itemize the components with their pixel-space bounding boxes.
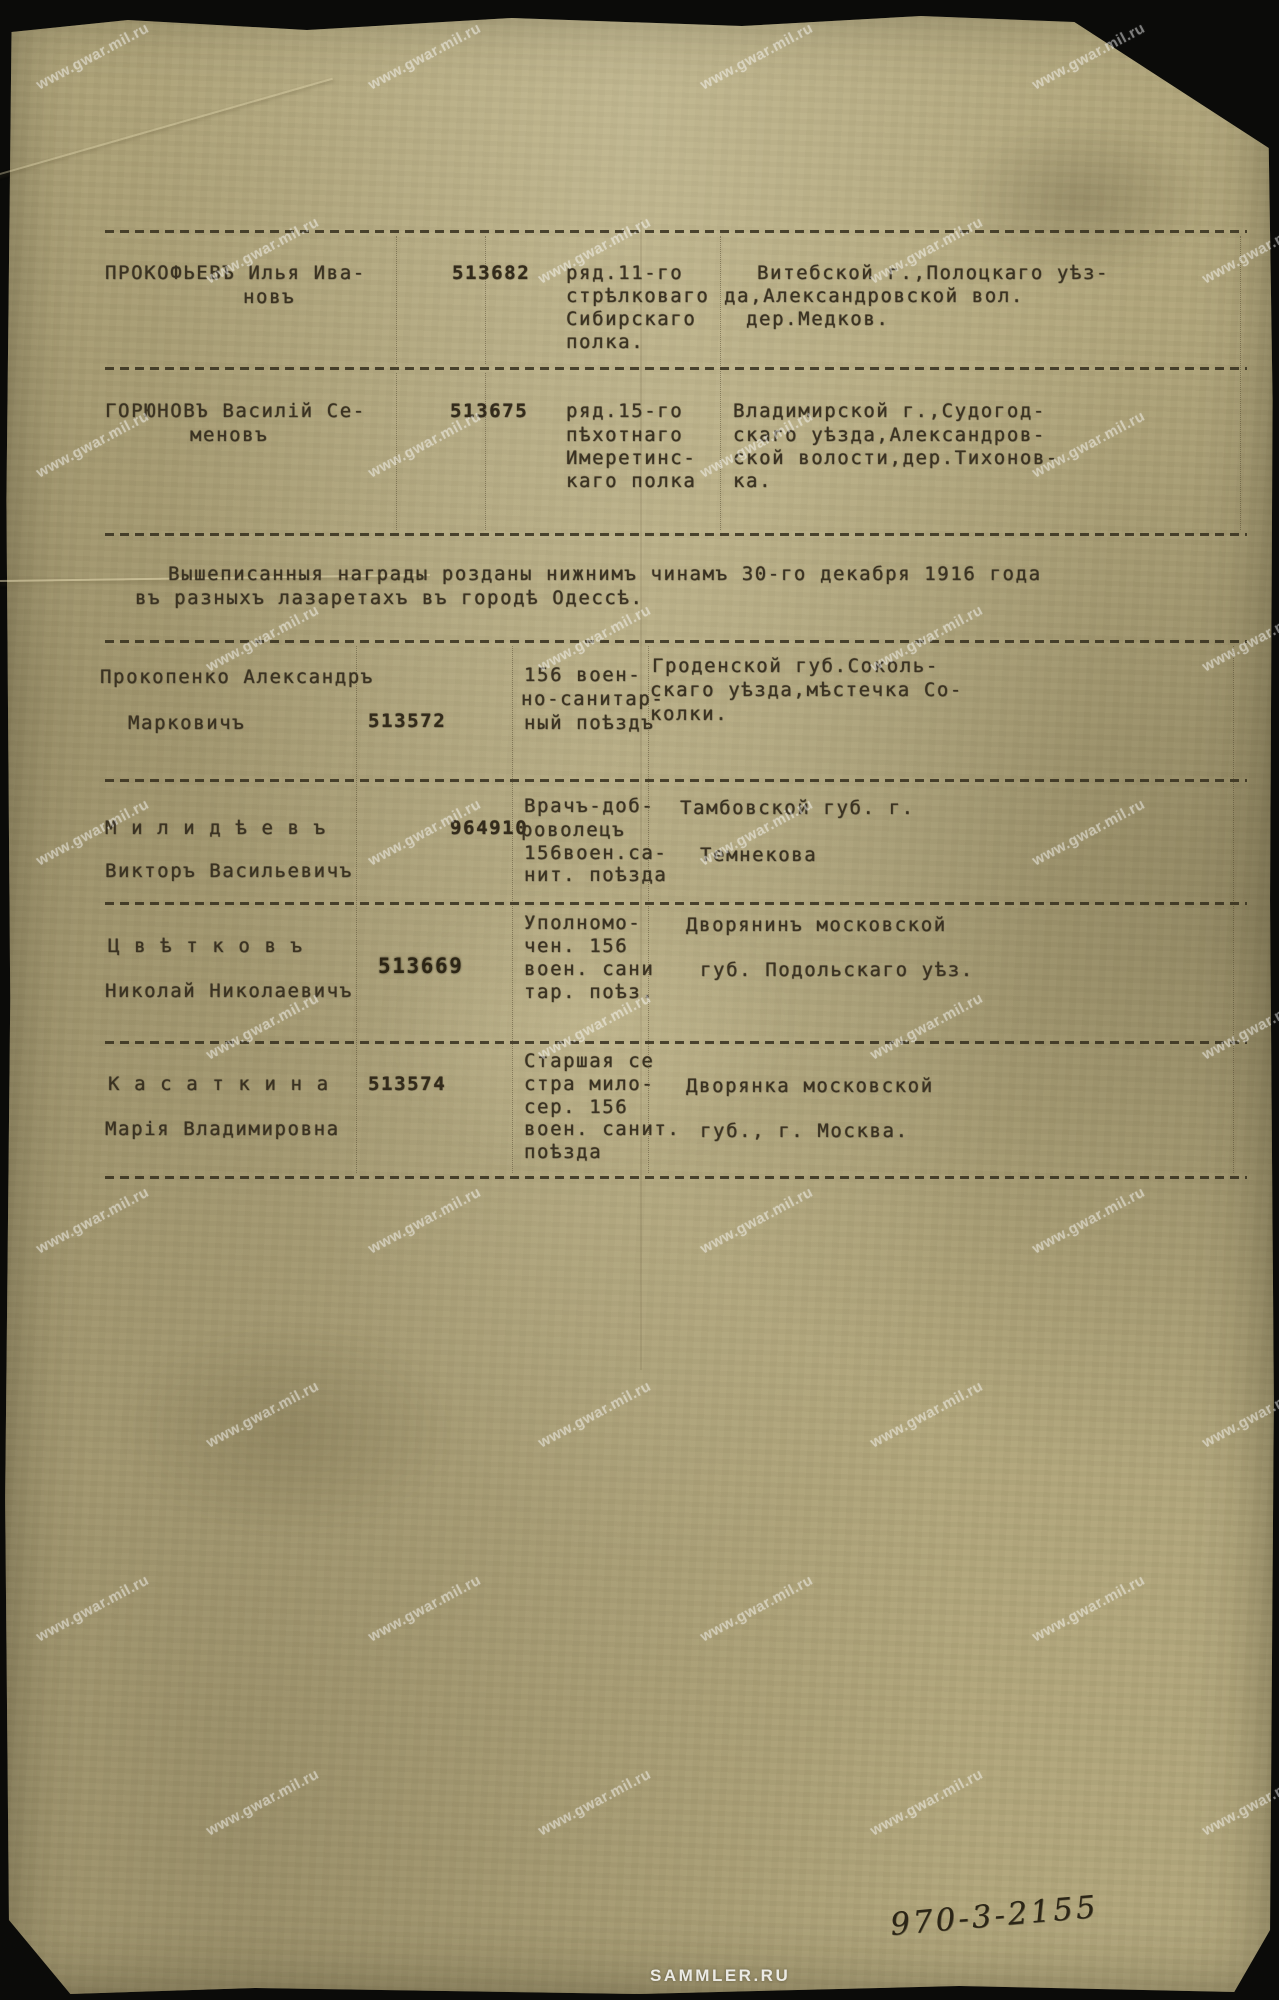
address-line: Гроденской губ.Соколь- [652, 655, 939, 678]
dashed-divider [105, 902, 1247, 905]
address-line: Тамбовской губ. г. [680, 797, 915, 820]
unit-line: ный поѣздъ [524, 712, 654, 735]
unit-line: сер. 156 [524, 1096, 628, 1119]
award-number: 513572 [368, 710, 446, 733]
sammler-watermark: SAMMLER.RU [650, 1966, 790, 1986]
dashed-divider [105, 533, 1247, 536]
column-rule [485, 373, 486, 530]
dashed-divider [105, 367, 1247, 370]
award-number: 964910 [450, 817, 528, 840]
unit-line: воен. сани [524, 958, 654, 981]
distribution-note-line: въ разныхъ лазаретахъ въ городѣ Одессѣ. [135, 587, 644, 610]
address-line: Дворянка московской [686, 1075, 934, 1098]
unit-line: Врачъ-доб- [524, 795, 654, 818]
unit-line: полка. [566, 331, 644, 354]
address-line: Дворянинъ московской [686, 914, 947, 937]
address-line: Владимирской г.,Судогод- [733, 400, 1046, 423]
column-rule [396, 373, 397, 530]
address-line: скаго уѣзда,мѣстечка Со- [650, 679, 963, 702]
column-rule [512, 646, 513, 1173]
recipient-name: Марія Владимировна [105, 1118, 340, 1141]
dashed-divider [105, 1041, 1247, 1044]
column-rule [1240, 236, 1241, 530]
award-number: 513682 [452, 262, 530, 285]
unit-line: роволецъ [521, 819, 625, 842]
unit-line: поѣзда [524, 1141, 602, 1164]
dashed-divider [105, 779, 1247, 782]
recipient-name: Викторъ Васильевичъ [105, 860, 353, 883]
address-line: губ. Подольскаго уѣз. [700, 959, 974, 982]
unit-line: чен. 156 [524, 935, 628, 958]
unit-line: 156воен.са- [524, 842, 667, 865]
unit-line: ряд.11-го [566, 262, 683, 285]
unit-line: воен. санит. [524, 1118, 680, 1141]
recipient-name: Прокопенко Александръ [100, 666, 374, 689]
unit-line: 156 воен- [524, 664, 641, 687]
recipient-name: К а с а т к и н а [108, 1073, 330, 1096]
scanned-document-page: ПРОКОФЬЕВЪ Илья Ива- новъ 513682 ряд.11-… [0, 0, 1279, 2000]
dashed-divider [105, 230, 1247, 233]
unit-line: Имеретинс- [566, 447, 696, 470]
recipient-name: ГОРЮНОВЪ Василій Се- [105, 400, 366, 423]
column-rule [485, 236, 486, 364]
unit-line: ряд.15-го [566, 400, 683, 423]
award-number: 513669 [378, 955, 463, 978]
unit-line: каго полка [566, 470, 696, 493]
dashed-divider [105, 1176, 1247, 1179]
column-rule [1233, 646, 1234, 1173]
award-number: 513675 [450, 400, 528, 423]
unit-line: стра мило- [524, 1073, 654, 1096]
award-number: 513574 [368, 1073, 446, 1096]
recipient-name: новъ [243, 286, 295, 309]
recipient-name: меновъ [190, 424, 268, 447]
column-rule [720, 236, 721, 530]
address-line: скаго уѣзда,Александров- [733, 424, 1046, 447]
dashed-divider [105, 640, 1247, 643]
address-line: да,Александровской вол. [724, 285, 1024, 308]
address-line: ской волости,дер.Тихонов- [733, 447, 1059, 470]
address-line: дер.Медков. [746, 308, 889, 331]
recipient-name: Марковичъ [128, 712, 245, 735]
address-line: Темнекова [700, 844, 817, 867]
unit-line: пѣхотнаго [566, 424, 683, 447]
recipient-name: ПРОКОФЬЕВЪ Илья Ива- [105, 262, 366, 285]
address-line: губ., г. Москва. [700, 1120, 909, 1143]
unit-line: тар. поѣз. [524, 981, 654, 1004]
distribution-note-line: Вышеписанныя награды розданы нижнимъ чин… [168, 563, 1042, 586]
recipient-name: Николай Николаевичъ [105, 980, 353, 1003]
recipient-name: Ц в ѣ т к о в ъ [108, 935, 304, 958]
address-line: Витебской г.,Полоцкаго уѣз- [757, 262, 1109, 285]
recipient-name: М и л и д ѣ е в ъ [105, 817, 327, 840]
unit-line: стрѣлковаго [566, 285, 709, 308]
unit-line: но-санитар- [521, 688, 664, 711]
column-rule [396, 236, 397, 364]
unit-line: Старшая се [524, 1050, 654, 1073]
column-rule [356, 646, 357, 1173]
unit-line: Сибирскаго [566, 308, 696, 331]
address-line: ка. [733, 470, 772, 493]
unit-line: Уполномо- [524, 912, 641, 935]
address-line: колки. [650, 703, 728, 726]
unit-line: нит. поѣзда [524, 864, 667, 887]
